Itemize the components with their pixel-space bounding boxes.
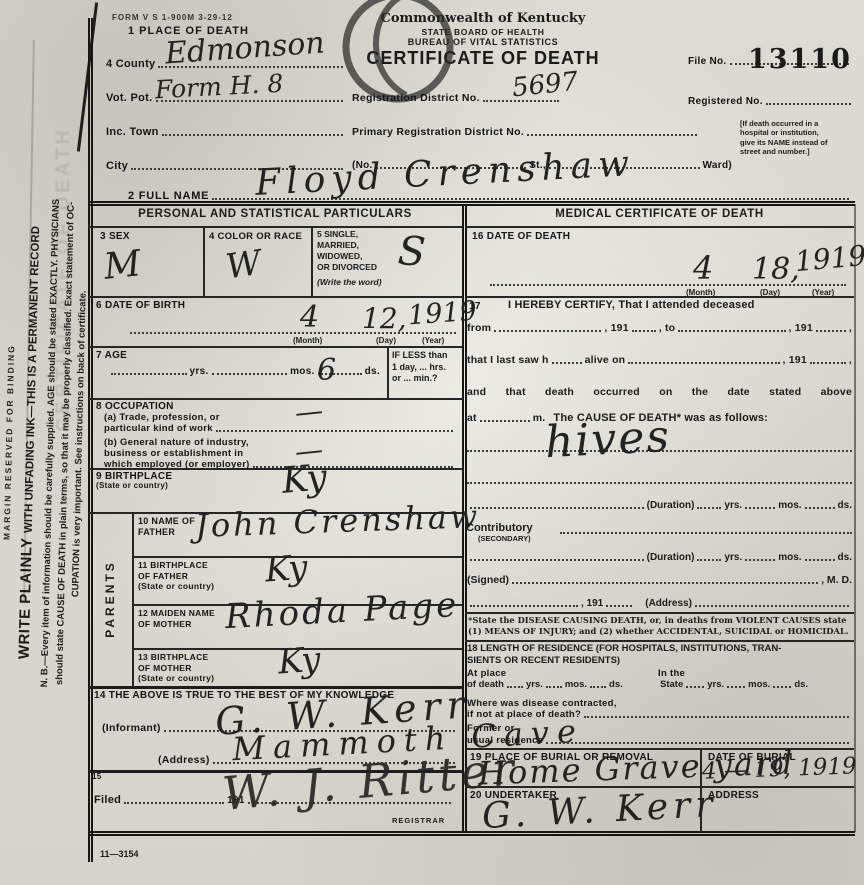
duration-label: (Duration) [647, 500, 695, 511]
occupation-a-line1: (a) Trade, profession, or [104, 412, 220, 423]
dotted-leader [745, 507, 775, 509]
certify-at: at [467, 412, 477, 424]
md-label: , M. D. [821, 574, 852, 586]
res2-yrs: yrs. [707, 679, 724, 690]
res-ds: ds. [609, 679, 623, 690]
registration-district-label: Registration District No. [352, 92, 480, 104]
duration2-yrs: yrs. [724, 552, 742, 563]
age-label: 7 AGE [96, 350, 127, 361]
at-place-label: At place [467, 668, 506, 679]
birthplace-subcaption: (State or country) [96, 481, 168, 490]
in-the-label: In the [658, 668, 685, 679]
dotted-leader [552, 362, 582, 364]
father-birthplace-value: Ky [264, 551, 309, 588]
burial-date-value: 4 — 19, 1919 [702, 755, 857, 783]
form-line: yrs. mos. ds. [108, 366, 380, 377]
hospital-note: [If death occurred in a hospital or inst… [740, 119, 856, 157]
res2-ds: ds. [794, 679, 808, 690]
cause-footnote: *State the DISEASE CAUSING DEATH, or, in… [468, 615, 854, 637]
sex-label: 3 SEX [100, 231, 130, 242]
dotted-leader [467, 482, 852, 484]
form-footer-code: 11—3154 [100, 849, 139, 859]
dotted-leader [546, 686, 562, 688]
certify-statement: I HEREBY CERTIFY, That I attended deceas… [508, 299, 755, 311]
city-label: City [106, 160, 128, 172]
form-line: of death yrs. mos. ds. [467, 679, 653, 690]
form-line: Inc. Town [106, 126, 346, 138]
birthplace-value: Ky [281, 460, 329, 500]
dotted-leader [527, 134, 697, 136]
signed-label: (Signed) [467, 574, 509, 586]
certify-comma2: , [849, 354, 852, 366]
table-bottom-border [88, 831, 855, 836]
undertaker-address-label: ADDRESS [708, 790, 759, 801]
sex-value: M [102, 246, 142, 286]
certify-section-number: 17 [469, 301, 481, 312]
dotted-leader [470, 559, 644, 561]
county-label: 4 County [106, 58, 155, 70]
contracted-line1: Where was disease contracted, [467, 698, 617, 709]
dotted-leader [727, 686, 745, 688]
certify-last-saw: that I last saw h [467, 354, 549, 366]
race-label: 4 COLOR OR RACE [209, 231, 302, 242]
if-less-note: IF LESS than 1 day, ... hrs. or ... min.… [392, 350, 464, 385]
dotted-leader [130, 332, 456, 334]
res-mos: mos. [565, 679, 587, 690]
ink-stamp [326, 0, 466, 125]
dotted-leader [816, 330, 846, 332]
certify-death-occurred: and that death occurred on the date stat… [467, 386, 852, 398]
informant-label: (Informant) [102, 722, 161, 734]
age-ds-label: ds. [365, 366, 380, 377]
marital-label: 5 SINGLE, MARRIED, WIDOWED, OR DIVORCED [317, 229, 377, 273]
personal-section-title: PERSONAL AND STATISTICAL PARTICULARS [88, 208, 462, 220]
rule-line [311, 226, 313, 296]
duration-yrs: yrs. [724, 500, 742, 511]
dotted-leader [470, 605, 578, 607]
file-no-label: File No. [688, 56, 727, 67]
form-line: (Duration) yrs. mos. ds. [467, 500, 852, 511]
dob-month-caption: (Month) [293, 336, 322, 345]
rule-line [465, 640, 854, 642]
form-right-border [854, 204, 856, 832]
certify-alive-on: alive on [585, 354, 626, 366]
form-line: that I last saw h alive on , 191 , [467, 354, 852, 366]
dotted-leader [494, 330, 601, 332]
date-of-death-label: 16 DATE OF DEATH [472, 231, 570, 242]
dotted-leader [560, 532, 852, 534]
dotted-leader [810, 362, 846, 364]
medical-section-title: MEDICAL CERTIFICATE OF DEATH [465, 208, 854, 220]
rule-line [465, 226, 854, 228]
dotted-leader [773, 686, 791, 688]
ward-label: Ward) [703, 160, 732, 171]
race-value: W [224, 246, 263, 285]
former-line1: Former or [467, 723, 515, 734]
age-days-value: 6 [317, 356, 336, 386]
certify-comma: , [849, 322, 852, 334]
age-mos-label: mos. [290, 366, 315, 377]
dotted-leader [805, 507, 835, 509]
death-certificate-scan: CERTIFICATE OF DEATH MARGIN RESERVED FOR… [0, 0, 864, 885]
binding-margin: MARGIN RESERVED FOR BINDING WRITE PLAINL… [0, 0, 92, 885]
registered-no-label: Registered No. [688, 96, 763, 107]
mother-birthplace-label: 13 BIRTHPLACE OF MOTHER (State or countr… [138, 652, 214, 684]
dotted-leader [745, 559, 775, 561]
form-line: from , 191 , to , 191 , [467, 322, 852, 334]
dotted-leader [697, 559, 721, 561]
inc-town-label: Inc. Town [106, 126, 159, 138]
rule-line [465, 296, 854, 298]
dob-day-caption: (Day) [376, 336, 396, 345]
dotted-leader [805, 559, 835, 561]
form-line: if not at place of death? [467, 709, 852, 720]
informant-address-label: (Address) [158, 754, 210, 766]
rule-line [88, 398, 462, 400]
undertaker-value: G. W. Kerr [481, 787, 718, 835]
file-no-value: 13110 [748, 44, 852, 75]
form-line: State yrs. mos. ds. [660, 679, 852, 690]
form-line: Primary Registration District No. [352, 126, 700, 138]
dob-day-value: 12, [362, 305, 407, 333]
mother-maiden-name-label: 12 MAIDEN NAME OF MOTHER [138, 608, 215, 629]
dotted-leader [162, 134, 343, 136]
dotted-leader [480, 420, 530, 422]
duration2-ds: ds. [838, 552, 852, 563]
occupation-a-line2: particular kind of work [104, 423, 213, 434]
dotted-leader [512, 582, 818, 584]
res2-mos: mos. [748, 679, 770, 690]
dotted-leader [590, 686, 606, 688]
dob-month-value: 4 [300, 303, 319, 333]
registration-district-value: 5697 [511, 69, 580, 102]
marital-value: S [397, 231, 427, 273]
dotted-leader [216, 430, 453, 432]
unfading-ink-text: WITH UNFADING INK—THIS IS A PERMANENT RE… [23, 225, 42, 532]
dotted-leader [507, 686, 523, 688]
form-line: Registered No. [688, 96, 854, 107]
occupation-b-line2: business or establishment in [104, 448, 243, 459]
dotted-leader [695, 605, 849, 607]
duration-mos: mos. [778, 500, 801, 511]
duration2-label: (Duration) [647, 552, 695, 563]
signed-address-label: (Address) [645, 598, 692, 609]
dotted-leader [697, 507, 721, 509]
residence-heading: 18 LENGTH OF RESIDENCE (FOR HOSPITALS, I… [467, 643, 853, 667]
dotted-leader [470, 507, 644, 509]
rule-line [88, 346, 462, 348]
age-yrs-label: yrs. [190, 366, 209, 377]
dotted-leader [111, 373, 187, 375]
duration-ds: ds. [838, 500, 852, 511]
dotted-leader [686, 686, 704, 688]
dotted-leader [546, 742, 849, 744]
occupation-a-value: — [294, 397, 325, 428]
father-name-label: 10 NAME OF FATHER [138, 516, 195, 539]
dod-day-value: 18, [752, 255, 800, 285]
form-line: , 191 (Address) [467, 598, 852, 609]
father-birthplace-label: 11 BIRTHPLACE OF FATHER (State or countr… [138, 560, 214, 592]
certify-191c: , 191 [783, 354, 807, 366]
rule-line [88, 468, 462, 470]
duration2-mos: mos. [778, 552, 801, 563]
text-fragment [376, 0, 406, 95]
rule-line [465, 612, 854, 614]
dotted-leader [606, 605, 632, 607]
former-line2: usual residence [467, 735, 543, 746]
registrar-caption: REGISTRAR [392, 816, 445, 825]
res-yrs: yrs. [526, 679, 543, 690]
cause-of-death-value: hives [544, 415, 672, 466]
dotted-leader [628, 362, 779, 364]
signed-191: , 191 [581, 598, 603, 609]
father-name-value: John Crenshaw [195, 500, 481, 542]
certify-191b: , 191 [789, 322, 813, 334]
form-line: (Signed) , M. D. [467, 574, 852, 586]
primary-registration-label: Primary Registration District No. [352, 126, 524, 138]
occupation-label: 8 OCCUPATION [96, 401, 174, 412]
marital-note: (Write the word) [317, 277, 382, 287]
filed-section-number: 15 [92, 772, 102, 781]
full-name-label: 2 FULL NAME [128, 190, 209, 202]
vot-pot-label: Vot. Pot. [106, 92, 153, 104]
text-fragment [346, 0, 450, 99]
contracted-line2: if not at place of death? [467, 709, 581, 720]
text-fragment: MARGIN RESERVED FOR BINDING WRITE PLAINL… [0, 19, 98, 866]
dotted-leader [678, 330, 785, 332]
certify-191a: , 191 [604, 322, 628, 334]
dotted-leader [584, 716, 849, 718]
certify-from: from [467, 322, 491, 334]
parents-vertical-label: PARENTS [88, 512, 132, 686]
contributory-label: Contributory [466, 522, 533, 534]
mother-maiden-name-value: Rhoda Page [224, 588, 460, 634]
rule-line [132, 512, 134, 686]
form-left-border [88, 18, 93, 862]
occupation-b-line1: (b) General nature of industry, [104, 437, 249, 448]
dotted-leader [212, 373, 288, 375]
dod-month-value: 4 [693, 252, 713, 284]
rule-line [203, 226, 205, 296]
of-death-label: of death [467, 679, 504, 690]
form-number: FORM V S 1-900M 3-29-12 [112, 13, 233, 22]
state-label: State [660, 679, 683, 690]
text-fragment: PARENTS [103, 560, 117, 637]
certify-to: , to [659, 322, 676, 334]
dob-year-caption: (Year) [422, 336, 444, 345]
dotted-leader [124, 802, 224, 804]
rule-line [88, 296, 462, 298]
form-line: 2 FULL NAME [128, 190, 852, 202]
vot-pot-value: Form H. 8 [154, 71, 283, 103]
dotted-leader [766, 103, 851, 105]
write-plainly-text: WRITE PLAINLY [16, 537, 36, 659]
dod-year-value: 1919 [794, 242, 864, 276]
rule-line [387, 346, 389, 398]
mother-birthplace-value: Ky [277, 643, 322, 680]
dob-label: 6 DATE OF BIRTH [96, 300, 185, 311]
dotted-leader [632, 330, 656, 332]
filed-label: Filed [94, 794, 121, 806]
secondary-caption: (SECONDARY) [478, 534, 531, 543]
form-line: (Duration) yrs. mos. ds. [467, 552, 852, 563]
form-line: particular kind of work [104, 423, 456, 434]
